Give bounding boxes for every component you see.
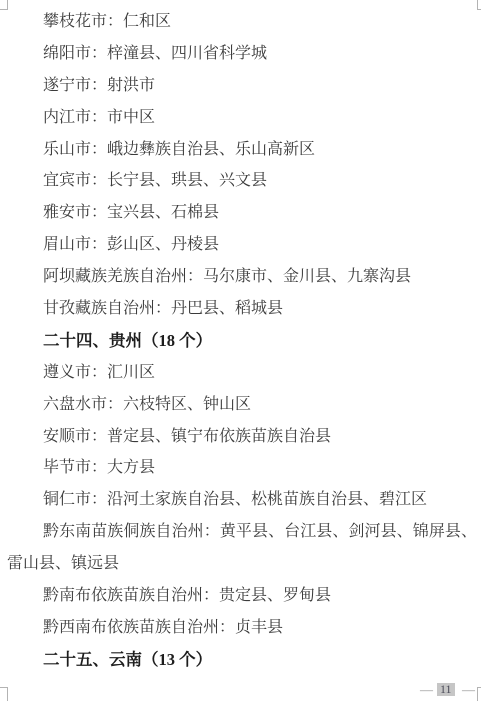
region-entry: 遂宁市：射洪市 bbox=[7, 70, 477, 102]
region-entry: 毕节市：大方县 bbox=[7, 452, 477, 484]
footer-dash-right: — bbox=[462, 681, 475, 698]
region-entry: 乐山市：峨边彝族自治县、乐山高新区 bbox=[7, 134, 477, 166]
section-heading: 二十五、云南（13 个） bbox=[7, 644, 477, 676]
region-entry: 甘孜藏族自治州：丹巴县、稻城县 bbox=[7, 293, 477, 325]
footer-dash-left: — bbox=[420, 681, 433, 698]
document-page: 攀枝花市：仁和区绵阳市：梓潼县、四川省科学城遂宁市：射洪市内江市：市中区乐山市：… bbox=[0, 0, 481, 701]
region-entry: 雷山县、镇远县 bbox=[7, 548, 477, 580]
region-entry: 眉山市：彭山区、丹棱县 bbox=[7, 229, 477, 261]
region-entry: 攀枝花市：仁和区 bbox=[7, 6, 477, 38]
region-entry: 阿坝藏族羌族自治州：马尔康市、金川县、九寨沟县 bbox=[7, 261, 477, 293]
region-entry: 遵义市：汇川区 bbox=[7, 357, 477, 389]
page-number-field: 11 bbox=[437, 683, 455, 696]
page-footer: — 11 — bbox=[0, 681, 481, 698]
region-entry: 宜宾市：长宁县、珙县、兴文县 bbox=[7, 165, 477, 197]
region-entry: 绵阳市：梓潼县、四川省科学城 bbox=[7, 38, 477, 70]
region-entry: 黔西南布依族苗族自治州：贞丰县 bbox=[7, 612, 477, 644]
section-heading: 二十四、贵州（18 个） bbox=[7, 325, 477, 357]
document-body: 攀枝花市：仁和区绵阳市：梓潼县、四川省科学城遂宁市：射洪市内江市：市中区乐山市：… bbox=[7, 6, 477, 676]
region-entry: 安顺市：普定县、镇宁布依族苗族自治县 bbox=[7, 421, 477, 453]
margin-crop-mark-top-right bbox=[477, 0, 481, 10]
region-entry: 六盘水市：六枝特区、钟山区 bbox=[7, 389, 477, 421]
region-entry: 内江市：市中区 bbox=[7, 102, 477, 134]
region-entry: 铜仁市：沿河土家族自治县、松桃苗族自治县、碧江区 bbox=[7, 484, 477, 516]
region-entry: 黔南布依族苗族自治州：贵定县、罗甸县 bbox=[7, 580, 477, 612]
region-entry: 黔东南苗族侗族自治州：黄平县、台江县、剑河县、锦屏县、 bbox=[7, 516, 477, 548]
region-entry: 雅安市：宝兴县、石棉县 bbox=[7, 197, 477, 229]
